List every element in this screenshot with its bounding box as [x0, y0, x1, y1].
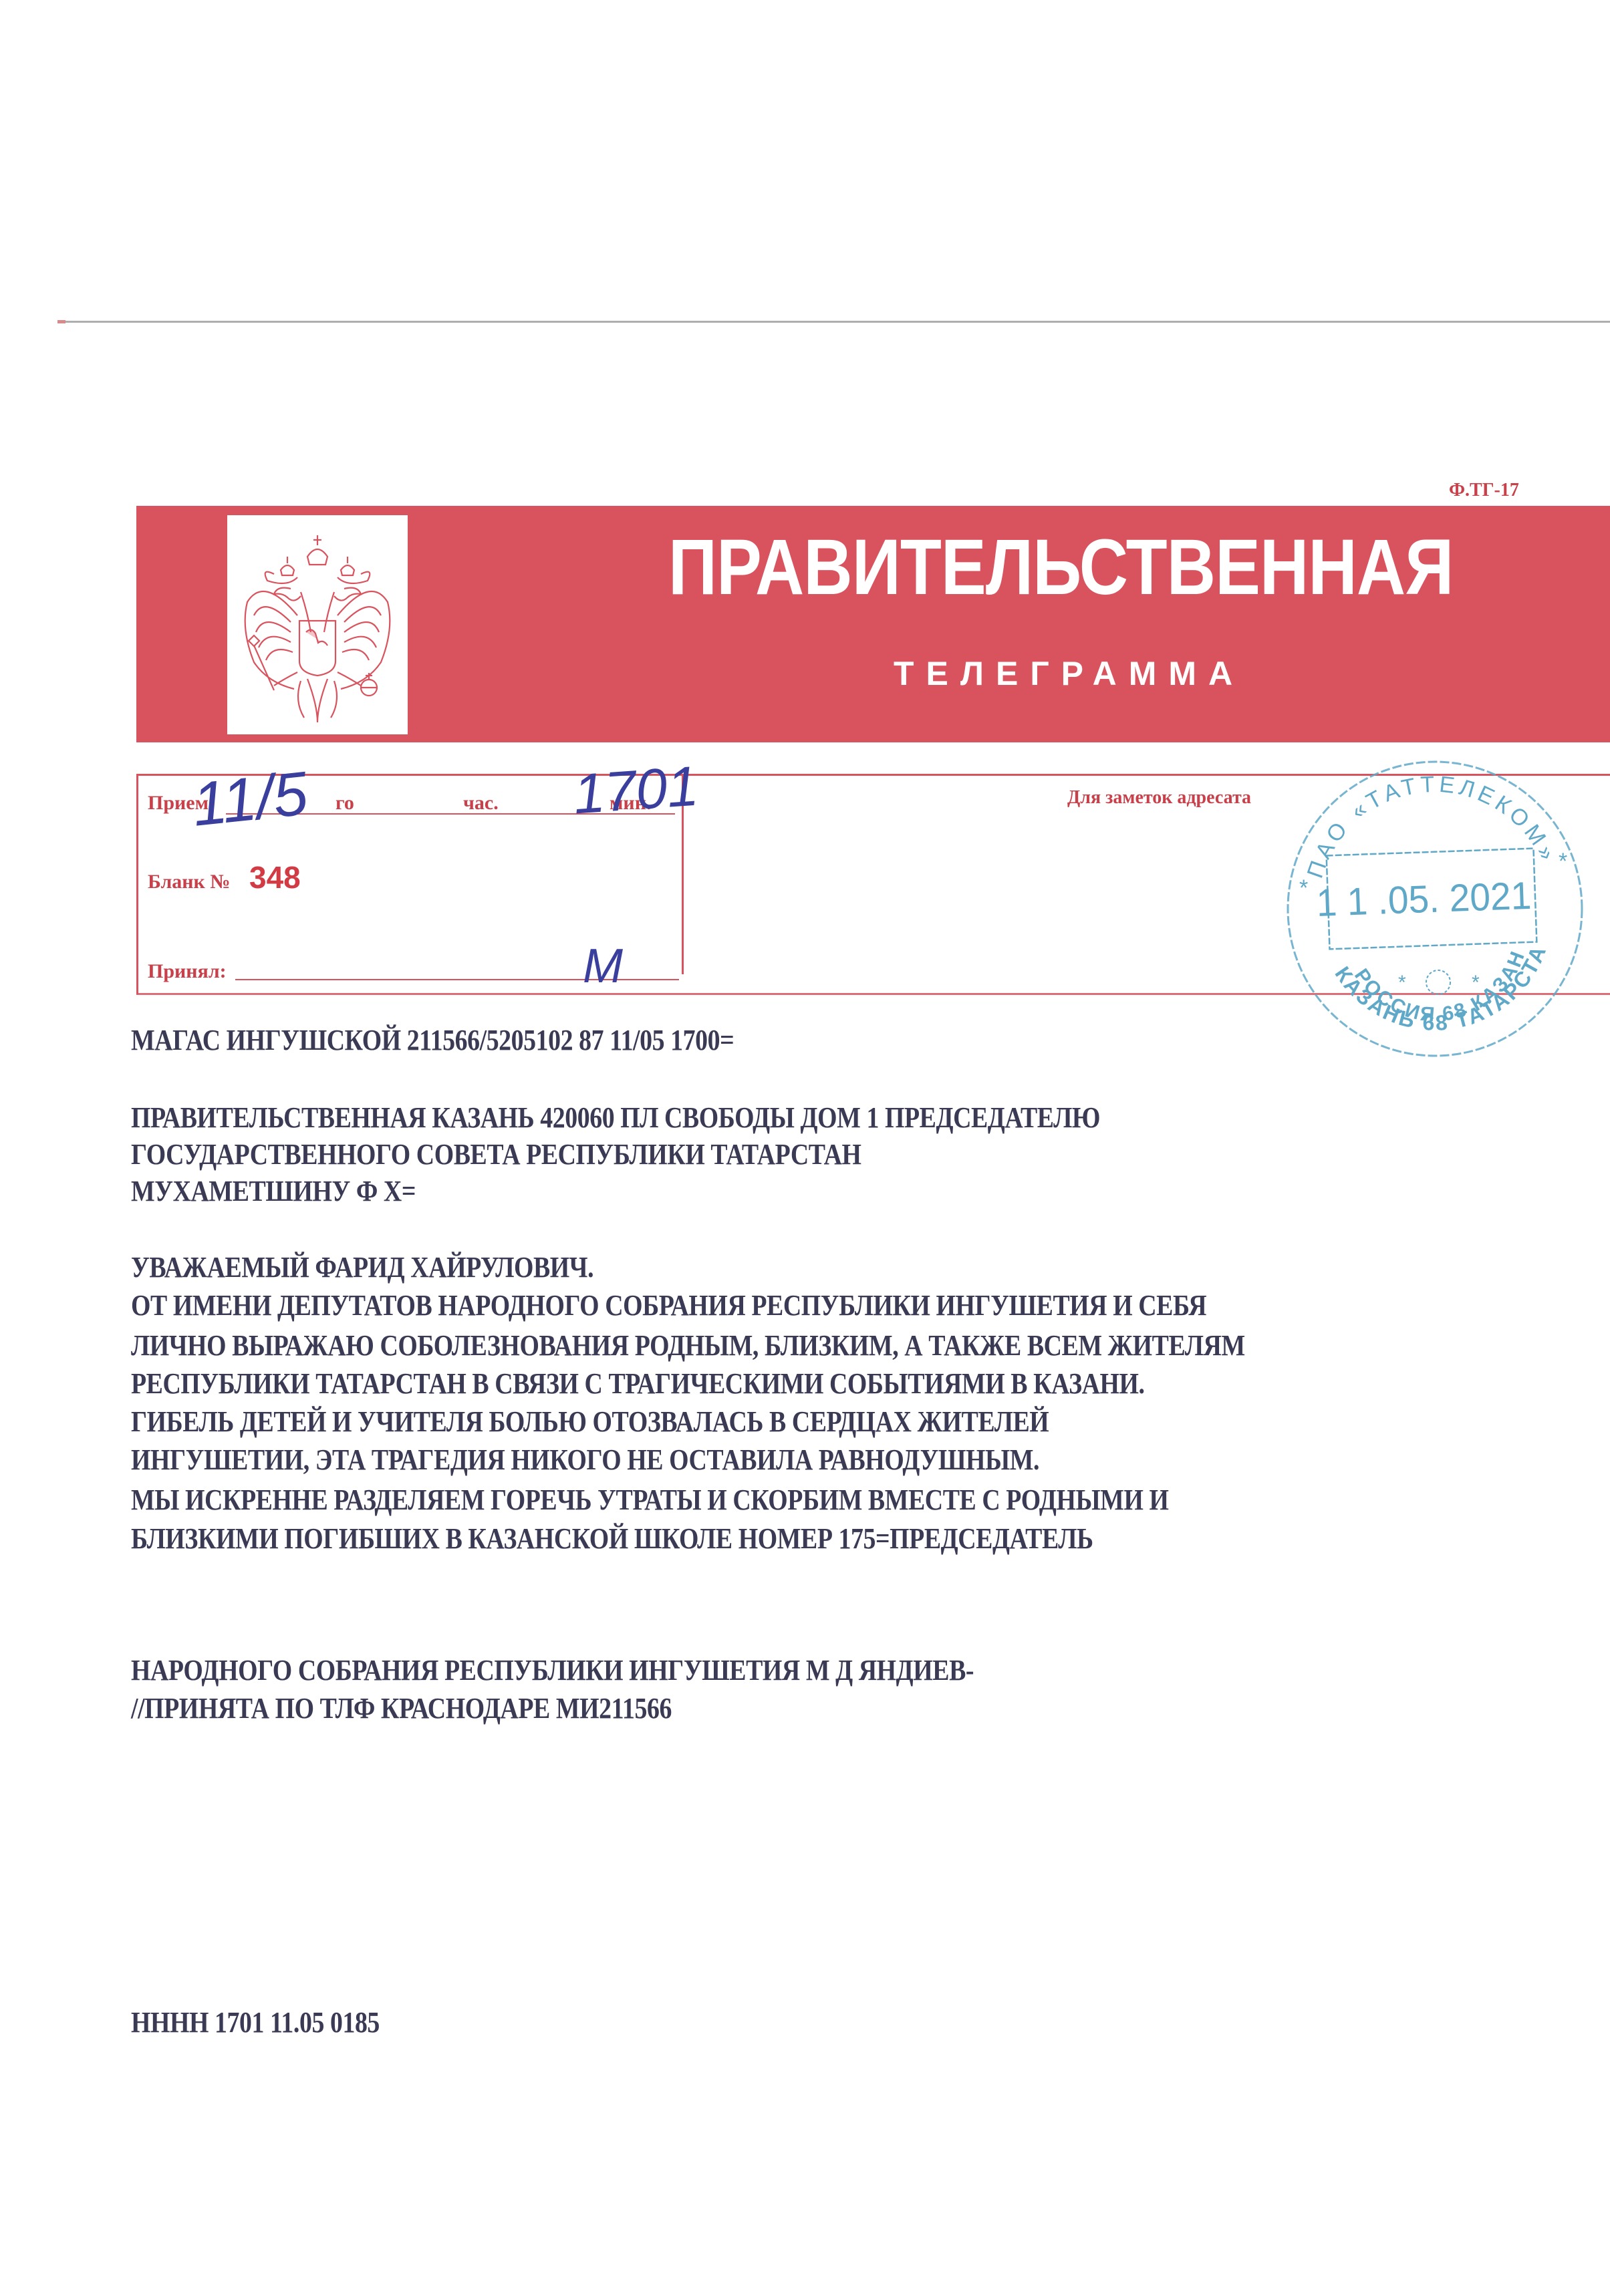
signature-line: НАРОДНОГО СОБРАНИЯ РЕСПУБЛИКИ ИНГУШЕТИЯ …	[131, 1656, 974, 1685]
blank-number: 348	[249, 862, 301, 893]
address-line: ГОСУДАРСТВЕННОГО СОВЕТА РЕСПУБЛИКИ ТАТАР…	[131, 1140, 861, 1169]
banner-title: ПРАВИТЕЛЬСТВЕННАЯ	[668, 528, 1453, 607]
body-line: БЛИЗКИМИ ПОГИБШИХ В КАЗАНСКОЙ ШКОЛЕ НОМЕ…	[131, 1524, 1093, 1554]
handwritten-time: 1701	[571, 758, 700, 823]
form-code: Ф.ТГ-17	[1449, 480, 1519, 501]
reception-box-left	[136, 774, 138, 994]
svg-text:*: *	[1299, 875, 1308, 901]
signature-line: //ПРИНЯТА ПО ТЛФ КРАСНОДАРЕ МИ211566	[131, 1694, 672, 1723]
address-line: ПРАВИТЕЛЬСТВЕННАЯ КАЗАНЬ 420060 ПЛ СВОБО…	[131, 1103, 1100, 1133]
blank-label: Бланк №	[148, 872, 231, 892]
coat-of-arms-icon	[227, 515, 408, 734]
body-line: МЫ ИСКРЕННЕ РАЗДЕЛЯЕМ ГОРЕЧЬ УТРАТЫ И СК…	[131, 1485, 1169, 1515]
banner-subtitle: ТЕЛЕГРАММА	[894, 657, 1244, 690]
svg-text:*: *	[1559, 849, 1567, 874]
svg-text:1 1 .05. 2021: 1 1 .05. 2021	[1316, 874, 1532, 925]
svg-text:*: *	[1398, 972, 1406, 994]
fold-mark	[57, 320, 65, 323]
body-line: ОТ ИМЕНИ ДЕПУТАТОВ НАРОДНОГО СОБРАНИЯ РЕ…	[131, 1291, 1206, 1320]
telegram-footer-line: НННН 1701 11.05 0185	[131, 2008, 380, 2037]
handwritten-date: 11/5	[190, 762, 311, 835]
accepted-label: Принял:	[148, 962, 227, 982]
reception-hour-label: час.	[463, 793, 499, 813]
reception-day-suffix: го	[336, 793, 354, 813]
address-line: МУХАМЕТШИНУ Ф Х=	[131, 1177, 416, 1206]
salutation-line: УВАЖАЕМЫЙ ФАРИД ХАЙРУЛОВИЧ.	[131, 1253, 593, 1282]
postal-date-stamp: ПАО «ТАТТЕЛЕКОМ» * * 1 1 .05. 2021 * * Р…	[1278, 752, 1592, 1066]
handwritten-signature: М	[583, 942, 623, 990]
body-line: ИНГУШЕТИИ, ЭТА ТРАГЕДИЯ НИКОГО НЕ ОСТАВИ…	[131, 1445, 1039, 1475]
stamp-top-text: ПАО «ТАТТЕЛЕКОМ»	[1303, 772, 1562, 881]
telegram-header-line: МАГАС ИНГУШСКОЙ 211566/5205102 87 11/05 …	[131, 1026, 734, 1055]
addressee-notes-label: Для заметок адресата	[1067, 788, 1251, 807]
body-line: ЛИЧНО ВЫРАЖАЮ СОБОЛЕЗНОВАНИЯ РОДНЫМ, БЛИ…	[131, 1331, 1245, 1360]
body-line: РЕСПУБЛИКИ ТАТАРСТАН В СВЯЗИ С ТРАГИЧЕСК…	[131, 1369, 1145, 1399]
page-fold-rule	[57, 321, 1610, 323]
body-line: ГИБЕЛЬ ДЕТЕЙ И УЧИТЕЛЯ БОЛЬЮ ОТОЗВАЛАСЬ …	[131, 1407, 1049, 1437]
